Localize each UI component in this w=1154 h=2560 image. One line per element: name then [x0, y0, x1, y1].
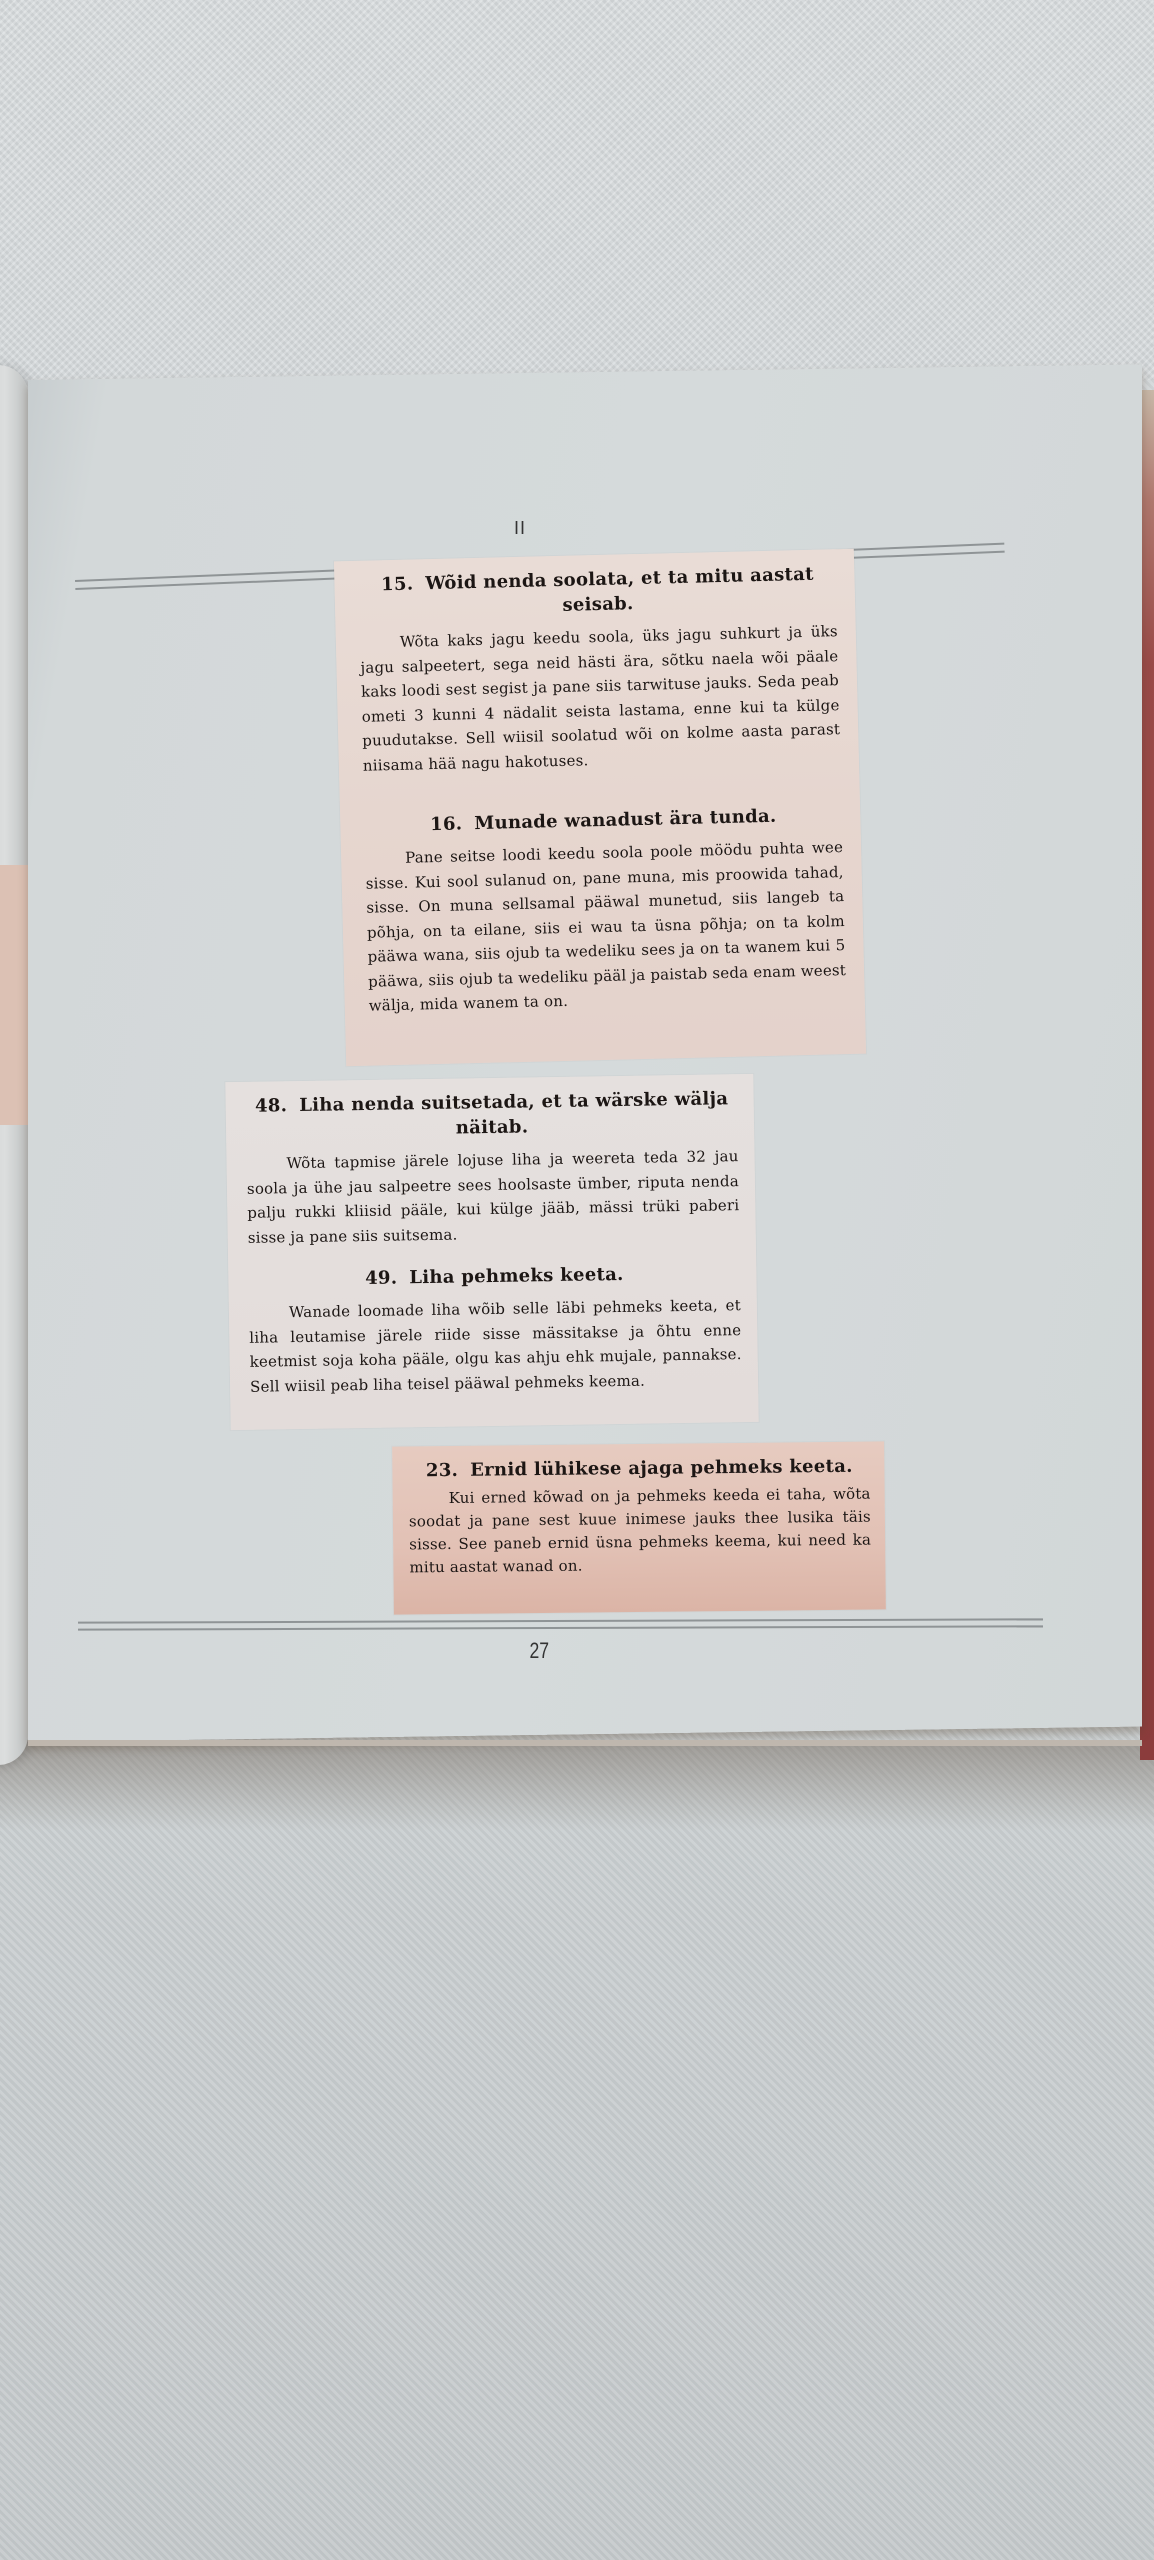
- book-shadow: [0, 1740, 1154, 1830]
- clipping-15-16: 15.Wõid nenda soolata, et ta mitu aastat…: [334, 549, 866, 1067]
- recipe-section: 49.Liha pehmeks keeta. Wanade loomade li…: [248, 1260, 742, 1399]
- recipe-title-text: Liha nenda suitsetada, et ta wärske wälj…: [299, 1088, 728, 1138]
- recipe-number: 48.: [255, 1095, 288, 1117]
- recipe-body: Kui erned kõwad on ja pehmeks keeda ei t…: [409, 1483, 872, 1580]
- page-number: 27: [529, 1638, 549, 1664]
- section-header-mark: II: [514, 518, 526, 539]
- page-bottom-edge: [28, 1740, 1142, 1746]
- recipe-body: Wõta kaks jagu keedu soola, üks jagu suh…: [360, 619, 841, 778]
- recipe-number: 15.: [381, 573, 414, 595]
- recipe-section: 15.Wõid nenda soolata, et ta mitu aastat…: [358, 561, 841, 778]
- book-cover-edge: [1140, 390, 1154, 1760]
- recipe-title: 49.Liha pehmeks keeta.: [248, 1260, 740, 1293]
- recipe-number: 49.: [365, 1267, 398, 1289]
- recipe-number: 16.: [430, 813, 463, 835]
- clipping-23: 23.Ernid lühikese ajaga pehmeks keeta. K…: [392, 1441, 886, 1614]
- recipe-body: Wanade loomade liha wõib selle läbi pehm…: [249, 1293, 742, 1399]
- recipe-title-text: Munade wanadust ära tunda.: [474, 806, 777, 834]
- recipe-title-text: Liha pehmeks keeta.: [409, 1264, 624, 1288]
- recipe-title: 23.Ernid lühikese ajaga pehmeks keeta.: [408, 1454, 870, 1484]
- recipe-section: 48.Liha nenda suitsetada, et ta wärske w…: [245, 1086, 739, 1250]
- tablecloth-background: [0, 0, 1154, 380]
- recipe-title-text: Ernid lühikese ajaga pehmeks keeta.: [470, 1456, 853, 1481]
- recipe-title: 48.Liha nenda suitsetada, et ta wärske w…: [245, 1086, 738, 1144]
- facing-page-edge: [0, 365, 28, 1765]
- recipe-body: Wõta tapmise järele lojuse liha ja weere…: [246, 1144, 739, 1250]
- facing-page-clipping: [0, 865, 28, 1125]
- recipe-title: 16.Munade wanadust ära tunda.: [364, 802, 842, 839]
- clipping-48-49: 48.Liha nenda suitsetada, et ta wärske w…: [225, 1074, 758, 1430]
- recipe-section: 23.Ernid lühikese ajaga pehmeks keeta. K…: [408, 1454, 871, 1580]
- recipe-title: 15.Wõid nenda soolata, et ta mitu aastat…: [358, 561, 837, 623]
- recipe-title-text: Wõid nenda soolata, et ta mitu aastat se…: [425, 564, 814, 616]
- recipe-body: Pane seitse loodi keedu soola poole mööd…: [365, 835, 847, 1018]
- recipe-number: 23.: [426, 1460, 458, 1481]
- recipe-section: 16.Munade wanadust ära tunda. Pane seits…: [364, 802, 847, 1018]
